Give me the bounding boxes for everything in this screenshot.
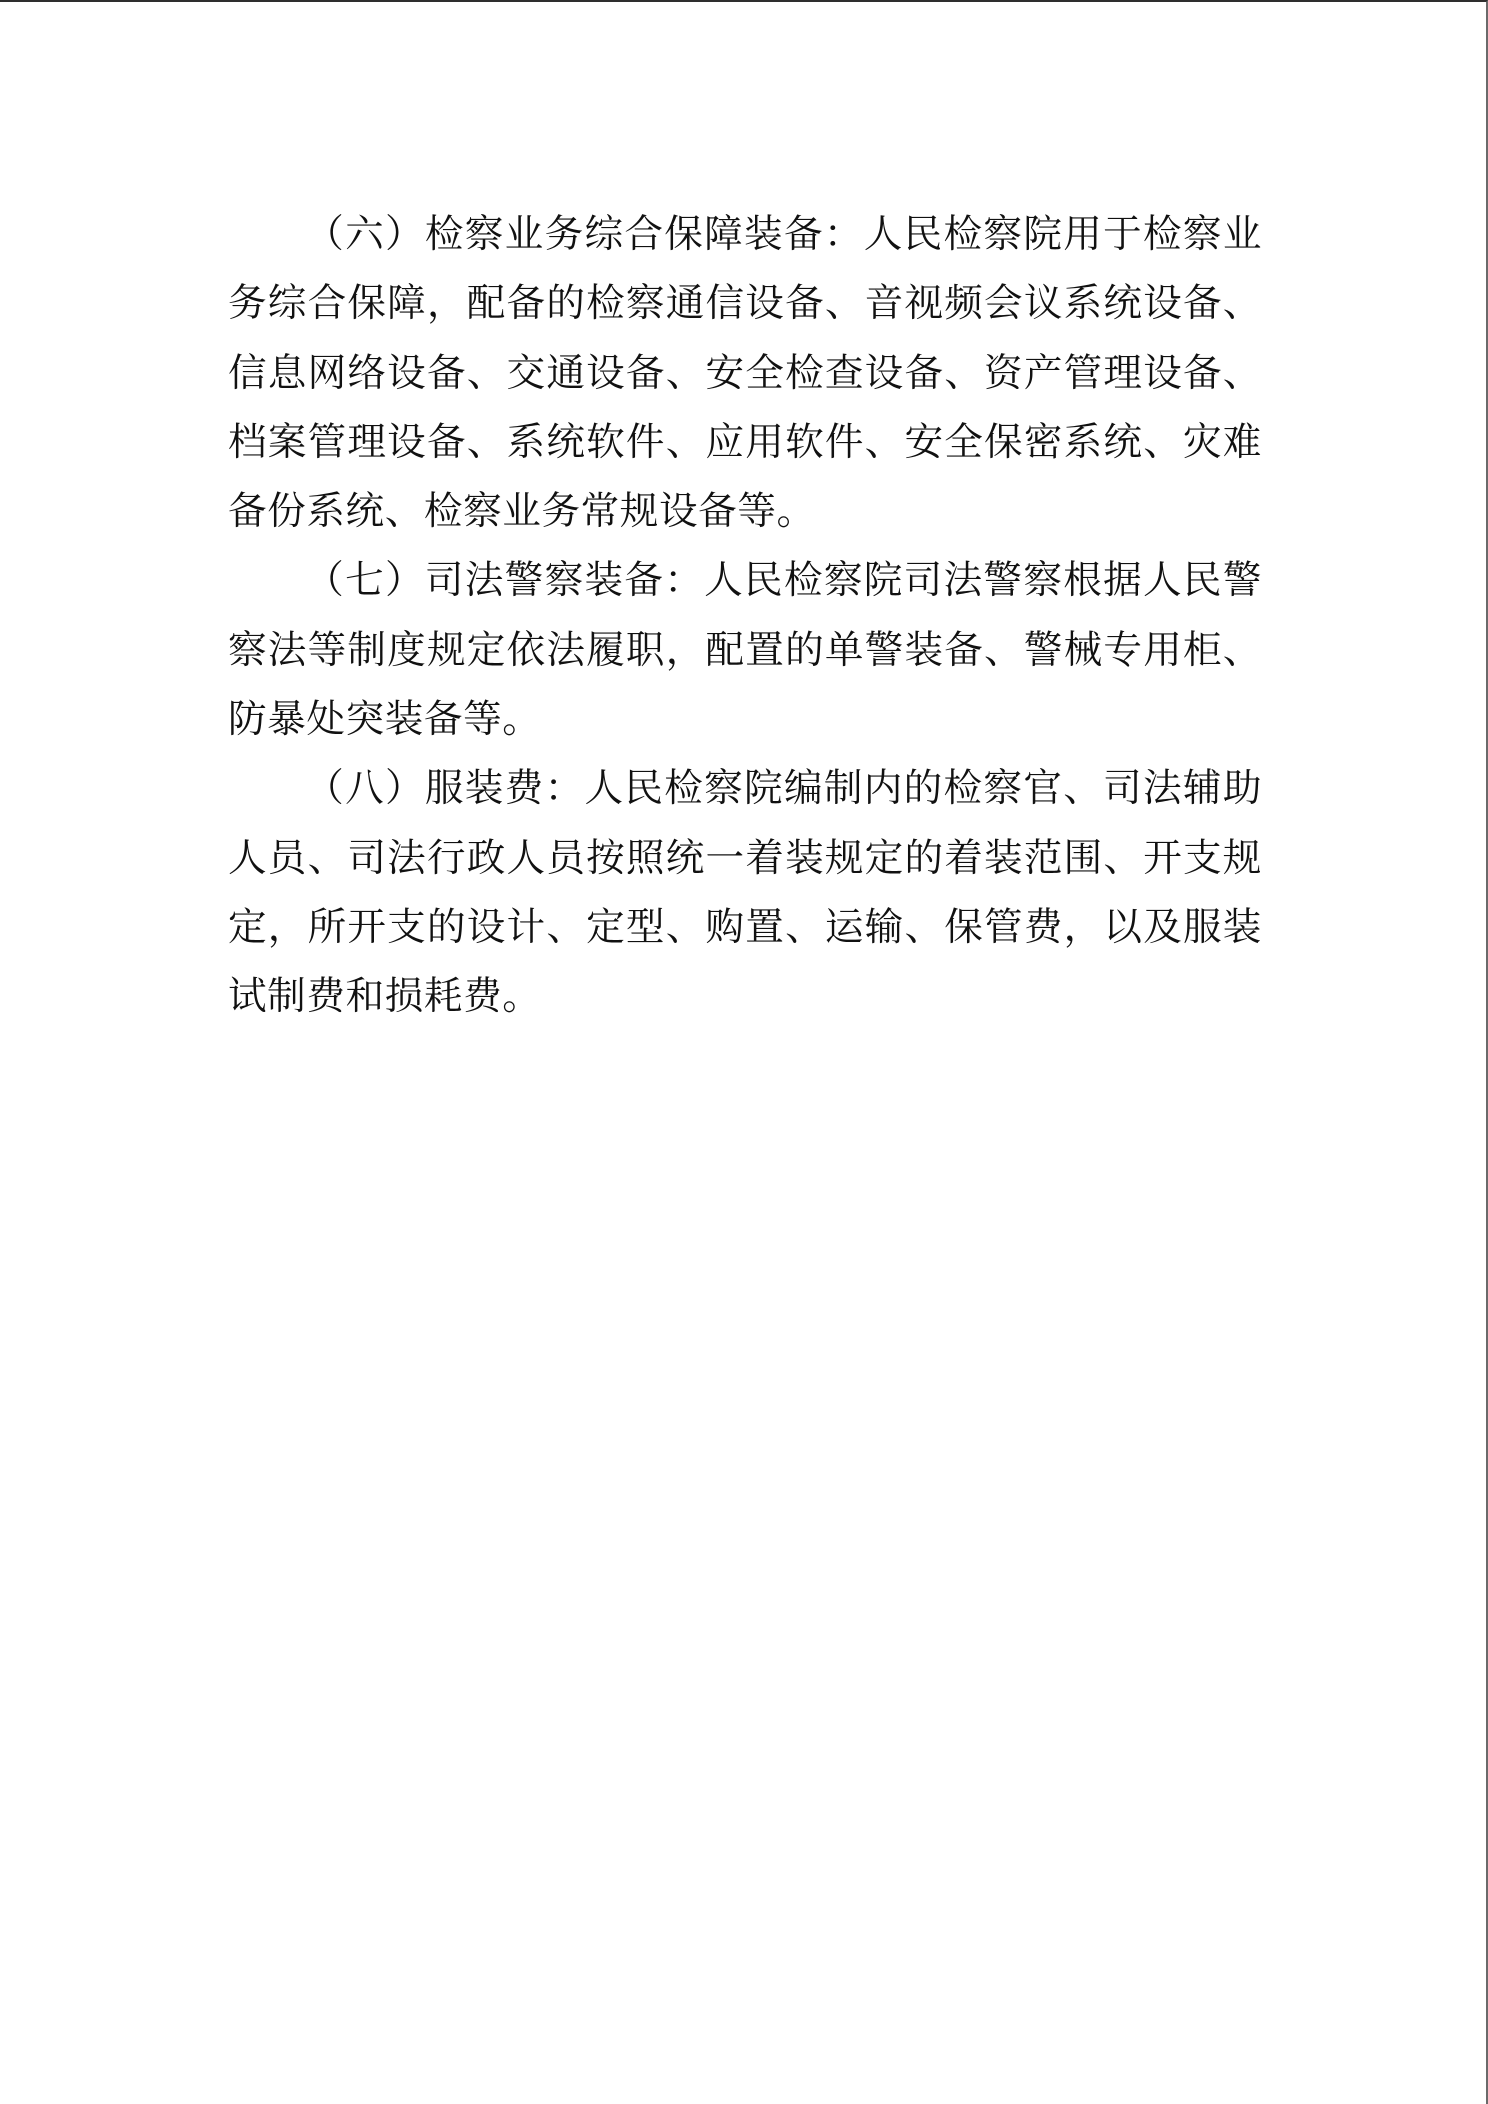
document-body: （六）检察业务综合保障装备：人民检察院用于检察业务综合保障，配备的检察通信设备、…: [228, 201, 1262, 1033]
paragraph-item-7: （七）司法警察装备：人民检察院司法警察根据人民警察法等制度规定依法履职，配置的单…: [228, 547, 1262, 755]
paragraph-item-6: （六）检察业务综合保障装备：人民检察院用于检察业务综合保障，配备的检察通信设备、…: [228, 201, 1262, 547]
document-page: （六）检察业务综合保障装备：人民检察院用于检察业务综合保障，配备的检察通信设备、…: [0, 0, 1488, 2104]
paragraph-item-8: （八）服装费：人民检察院编制内的检察官、司法辅助人员、司法行政人员按照统一着装规…: [228, 755, 1262, 1032]
